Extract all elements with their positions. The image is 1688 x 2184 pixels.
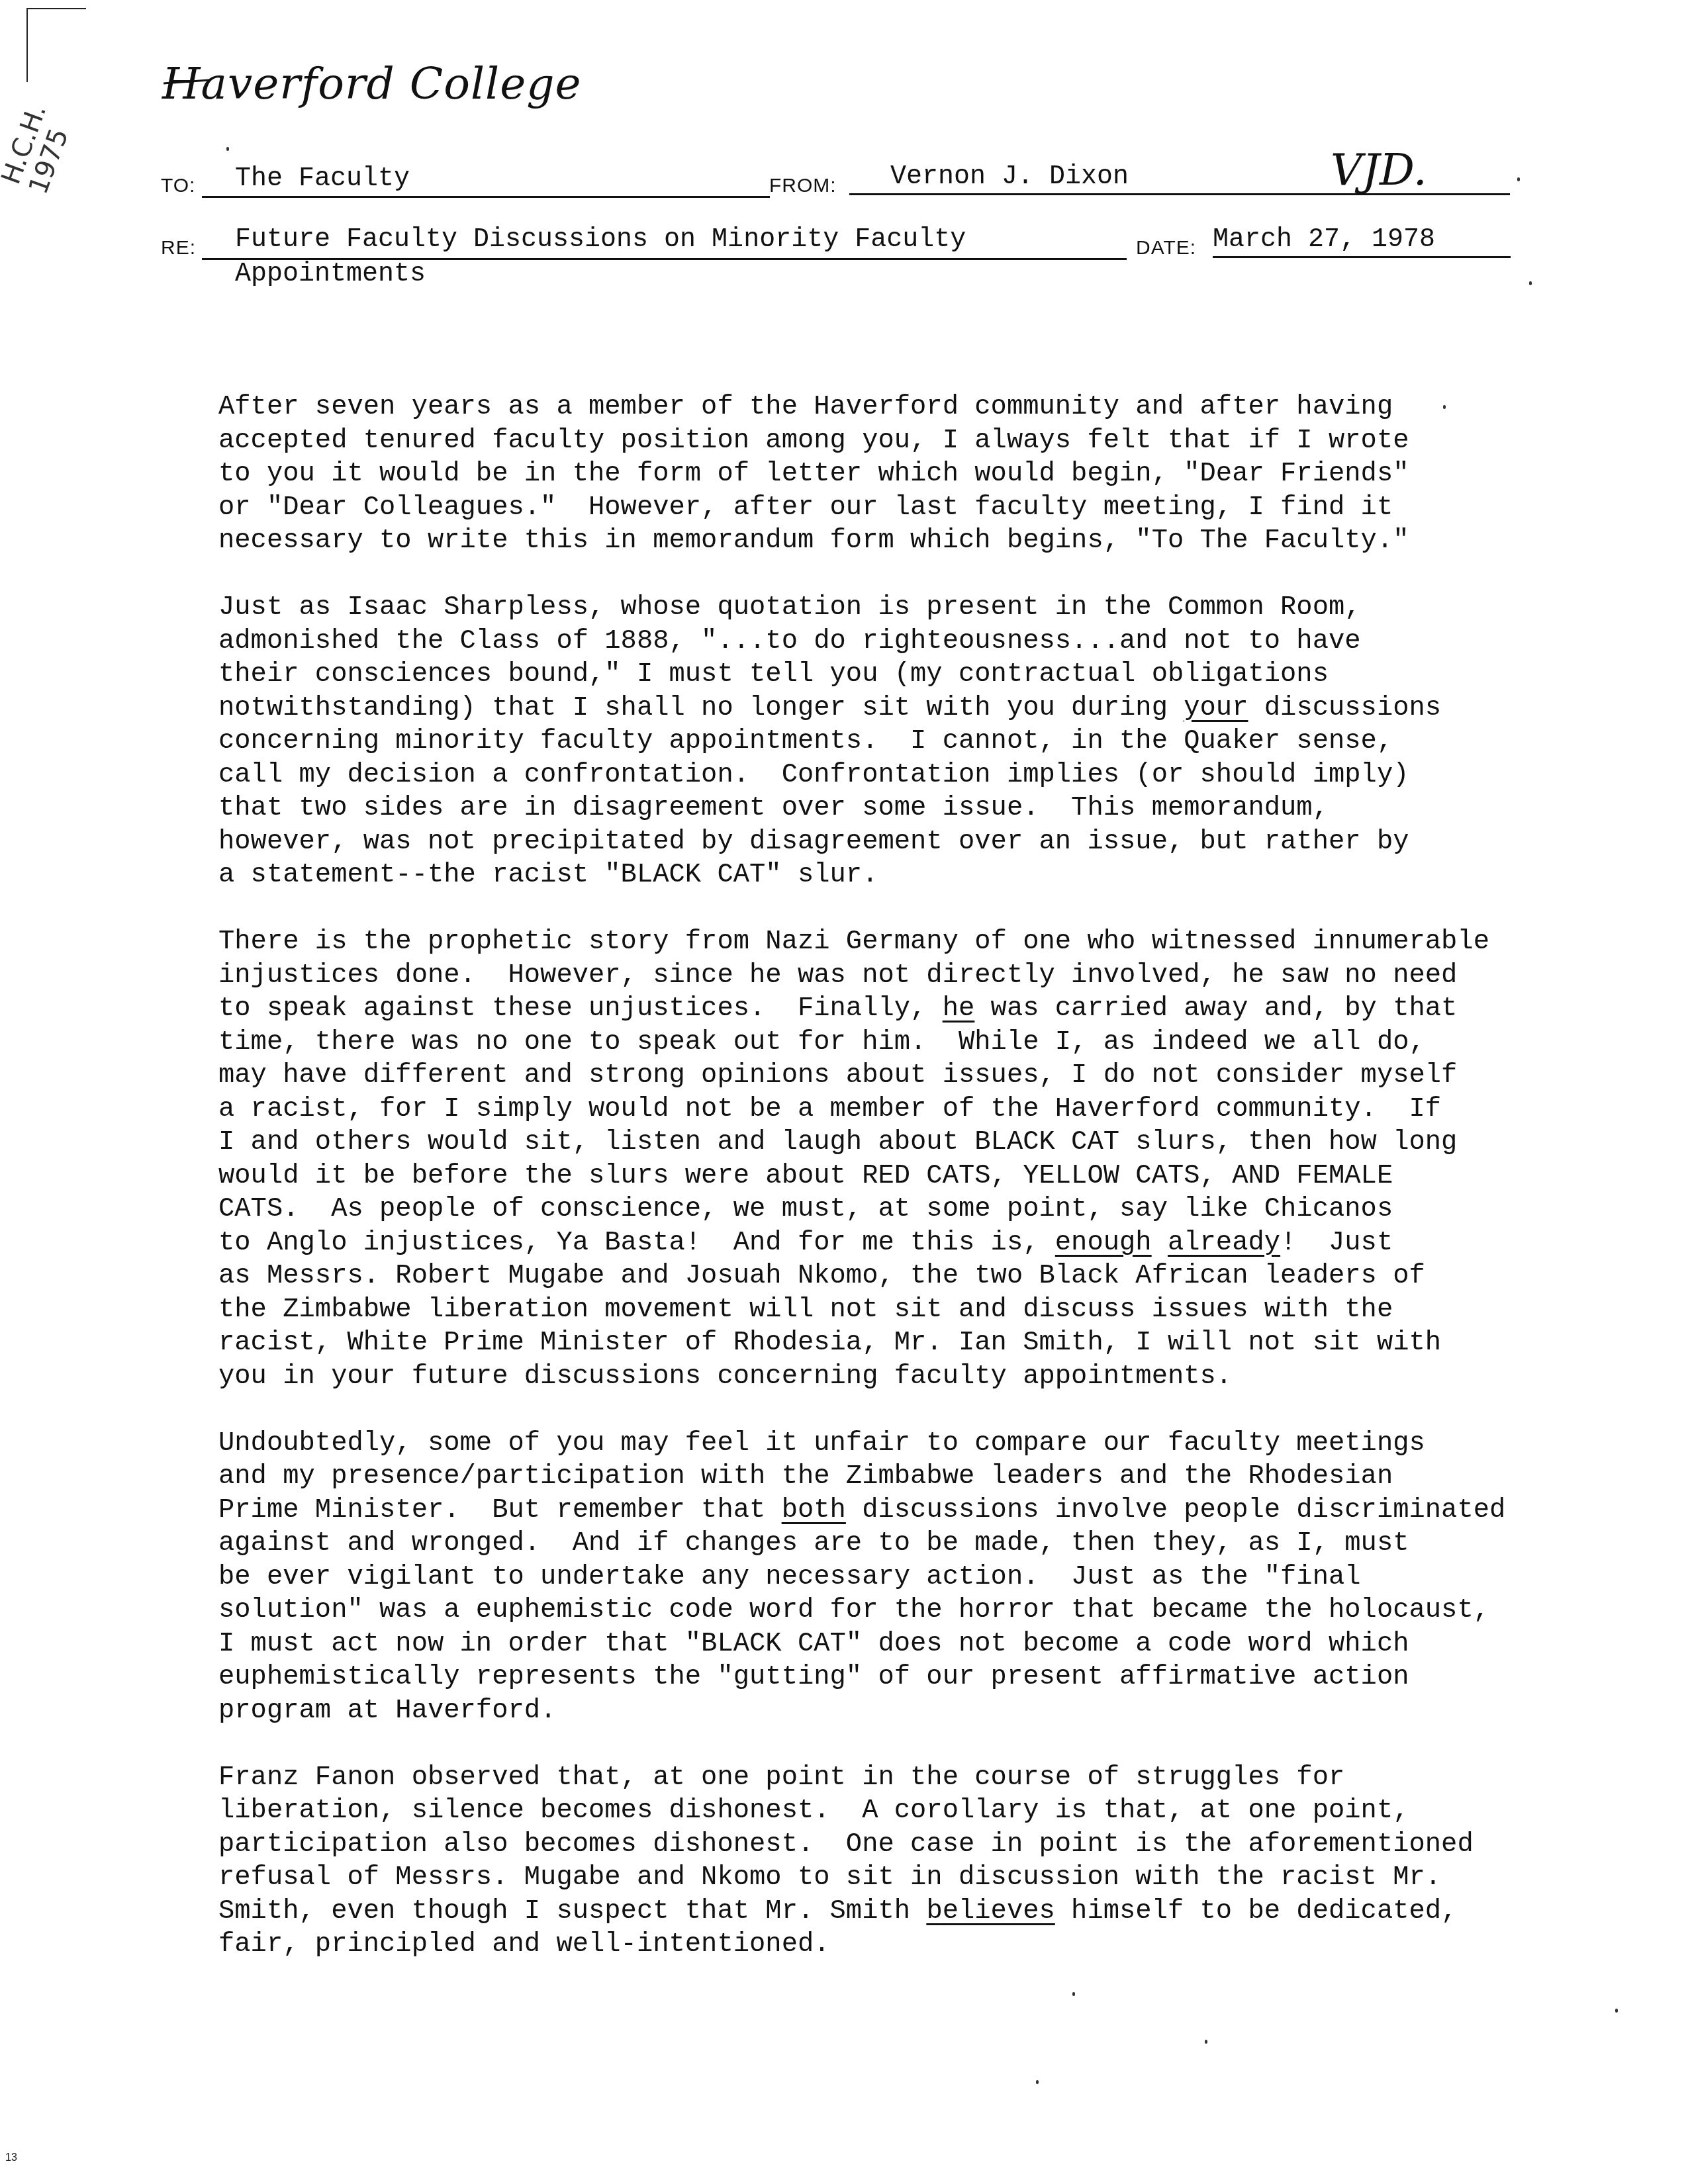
body-line: would it be before the slurs were about … <box>218 1160 1609 1193</box>
scan-speck <box>1529 281 1532 285</box>
underlined-emphasis: your <box>1184 693 1248 723</box>
body-line: program at Haverford. <box>218 1694 1609 1728</box>
body-line: CATS. As people of conscience, we must, … <box>218 1193 1609 1226</box>
body-line: liberation, silence becomes dishonest. A… <box>218 1794 1609 1828</box>
body-line: solution" was a euphemistic code word fo… <box>218 1594 1609 1627</box>
scan-speck <box>226 147 229 151</box>
from-label: FROM: <box>769 175 837 197</box>
body-line: against and wronged. And if changes are … <box>218 1527 1609 1561</box>
handwritten-margin-note: H.C.H. 1975 <box>0 103 117 212</box>
body-line: call my decision a confrontation. Confro… <box>218 758 1609 792</box>
body-line: a statement--the racist "BLACK CAT" slur… <box>218 858 1609 892</box>
body-paragraph: Just as Isaac Sharpless, whose quotation… <box>218 591 1609 892</box>
to-underline <box>202 196 770 198</box>
underlined-emphasis: both <box>782 1495 846 1525</box>
underlined-emphasis: believes <box>926 1896 1055 1927</box>
body-line: Franz Fanon observed that, at one point … <box>218 1761 1609 1795</box>
body-line: be ever vigilant to undertake any necess… <box>218 1561 1609 1594</box>
body-line: I and others would sit, listen and laugh… <box>218 1126 1609 1160</box>
body-line: fair, principled and well-intentioned. <box>218 1928 1609 1962</box>
scan-speck <box>1443 405 1446 409</box>
body-paragraph: Franz Fanon observed that, at one point … <box>218 1761 1609 1962</box>
scan-speck <box>1205 2040 1207 2044</box>
scan-corner-mark <box>26 8 86 82</box>
body-line: time, there was no one to speak out for … <box>218 1026 1609 1060</box>
body-line: racist, White Prime Minister of Rhodesia… <box>218 1326 1609 1360</box>
body-line: however, was not precipitated by disagre… <box>218 825 1609 859</box>
body-line: concerning minority faculty appointments… <box>218 725 1609 758</box>
body-line: Undoubtedly, some of you may feel it unf… <box>218 1427 1609 1461</box>
memo-page: Haverford College H.C.H. 1975 TO: The Fa… <box>0 0 1688 2184</box>
body-line: necessary to write this in memorandum fo… <box>218 524 1609 558</box>
body-paragraph: Undoubtedly, some of you may feel it unf… <box>218 1427 1609 1728</box>
body-line: There is the prophetic story from Nazi G… <box>218 925 1609 959</box>
body-line: you in your future discussions concernin… <box>218 1360 1609 1394</box>
body-line: I must act now in order that "BLACK CAT"… <box>218 1627 1609 1661</box>
body-line: After seven years as a member of the Hav… <box>218 390 1609 424</box>
underlined-emphasis: enough <box>1055 1228 1152 1258</box>
body-line: participation also becomes dishonest. On… <box>218 1828 1609 1862</box>
scan-speck <box>1517 177 1520 181</box>
body-line: Prime Minister. But remember that both d… <box>218 1494 1609 1527</box>
body-line: injustices done. However, since he was n… <box>218 959 1609 993</box>
body-line: their consciences bound," I must tell yo… <box>218 658 1609 692</box>
letterhead-name: verford College <box>228 58 582 109</box>
body-line: Just as Isaac Sharpless, whose quotation… <box>218 591 1609 625</box>
body-line: notwithstanding) that I shall no longer … <box>218 692 1609 725</box>
body-line: may have different and strong opinions a… <box>218 1059 1609 1093</box>
page-mark: 13 <box>5 2152 17 2164</box>
memo-body: After seven years as a member of the Hav… <box>218 390 1609 1995</box>
body-line: a racist, for I simply would not be a me… <box>218 1093 1609 1126</box>
date-value: March 27, 1978 <box>1213 225 1435 255</box>
body-line: euphemistically represents the "gutting"… <box>218 1661 1609 1694</box>
body-line: to you it would be in the form of letter… <box>218 457 1609 491</box>
body-paragraph: After seven years as a member of the Hav… <box>218 390 1609 558</box>
body-line: Smith, even though I suspect that Mr. Sm… <box>218 1895 1609 1929</box>
underlined-emphasis: he <box>943 993 975 1024</box>
re-label: RE: <box>161 237 196 259</box>
body-line: to Anglo injustices, Ya Basta! And for m… <box>218 1226 1609 1260</box>
to-value: The Faculty <box>235 164 410 194</box>
scan-speck <box>1615 2009 1618 2013</box>
body-line: that two sides are in disagreement over … <box>218 792 1609 825</box>
body-paragraph: There is the prophetic story from Nazi G… <box>218 925 1609 1393</box>
body-line: to speak against these unjustices. Final… <box>218 992 1609 1026</box>
body-line: or "Dear Colleagues." However, after our… <box>218 491 1609 525</box>
handwritten-initials: VJD. <box>1331 144 1427 195</box>
date-label: DATE: <box>1136 237 1196 259</box>
letterhead: Haverford College <box>162 58 582 109</box>
to-label: TO: <box>161 175 195 197</box>
re-value-line1: Future Faculty Discussions on Minority F… <box>235 225 966 255</box>
date-underline <box>1213 256 1511 258</box>
body-line: and my presence/participation with the Z… <box>218 1460 1609 1494</box>
scan-speck <box>1072 1992 1075 1996</box>
scan-speck <box>1036 2080 1039 2084</box>
underlined-emphasis: already <box>1168 1228 1280 1258</box>
body-line: the Zimbabwe liberation movement will no… <box>218 1293 1609 1327</box>
body-line: refusal of Messrs. Mugabe and Nkomo to s… <box>218 1861 1609 1895</box>
from-value: Vernon J. Dixon <box>890 162 1129 192</box>
body-line: accepted tenured faculty position among … <box>218 424 1609 458</box>
body-line: as Messrs. Robert Mugabe and Josuah Nkom… <box>218 1259 1609 1293</box>
re-value-line2: Appointments <box>235 259 426 289</box>
body-line: admonished the Class of 1888, "...to do … <box>218 625 1609 659</box>
letterhead-struck-prefix: Ha <box>162 58 228 109</box>
